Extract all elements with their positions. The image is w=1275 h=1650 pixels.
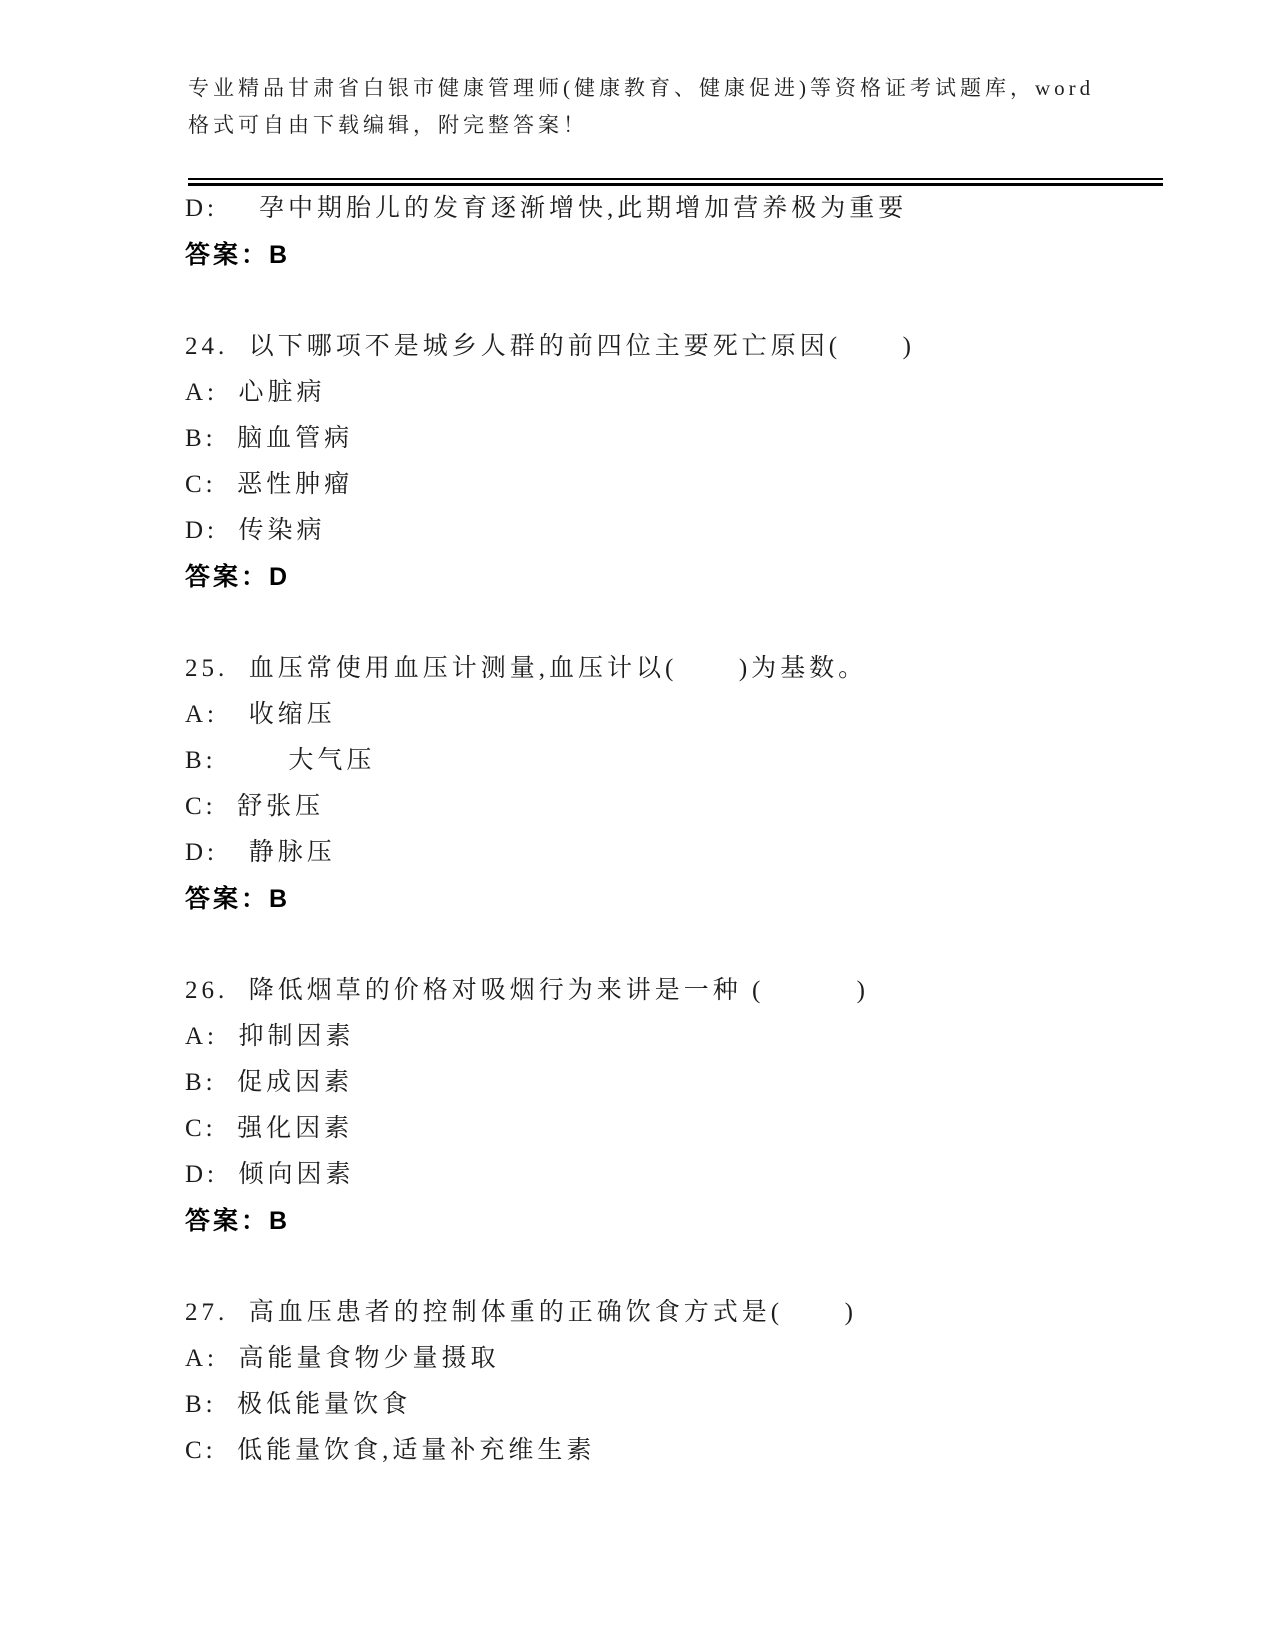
option-24-b: B: 脑血管病 — [185, 416, 1275, 462]
option-27-b: B: 极低能量饮食 — [185, 1382, 1275, 1428]
document-content: D: 孕中期胎儿的发育逐渐增快,此期增加营养极为重要 答案：B 24. 以下哪项… — [0, 186, 1275, 1474]
question-24: 24. 以下哪项不是城乡人群的前四位主要死亡原因( ) — [185, 324, 1275, 370]
answer-24: 答案：D — [185, 554, 1275, 600]
answer-23: 答案：B — [185, 232, 1275, 278]
document-page: 专业精品甘肃省白银市健康管理师(健康教育、健康促进)等资格证考试题库，word … — [0, 0, 1275, 1650]
header-divider — [188, 178, 1163, 186]
option-26-a: A: 抑制因素 — [185, 1014, 1275, 1060]
question-27: 27. 高血压患者的控制体重的正确饮食方式是( ) — [185, 1290, 1275, 1336]
option-23-d: D: 孕中期胎儿的发育逐渐增快,此期增加营养极为重要 — [185, 186, 1275, 232]
option-27-a: A: 高能量食物少量摄取 — [185, 1336, 1275, 1382]
option-25-a: A: 收缩压 — [185, 692, 1275, 738]
question-26: 26. 降低烟草的价格对吸烟行为来讲是一种 ( ) — [185, 968, 1275, 1014]
option-26-d: D: 倾向因素 — [185, 1152, 1275, 1198]
option-26-c: C: 强化因素 — [185, 1106, 1275, 1152]
option-24-d: D: 传染病 — [185, 508, 1275, 554]
answer-25: 答案：B — [185, 876, 1275, 922]
header-note-line2: 格式可自由下载编辑，附完整答案！ — [188, 107, 1275, 144]
page-header: 专业精品甘肃省白银市健康管理师(健康教育、健康促进)等资格证考试题库，word … — [0, 0, 1275, 144]
option-25-d: D: 静脉压 — [185, 830, 1275, 876]
question-25: 25. 血压常使用血压计测量,血压计以( )为基数。 — [185, 646, 1275, 692]
option-24-c: C: 恶性肿瘤 — [185, 462, 1275, 508]
option-26-b: B: 促成因素 — [185, 1060, 1275, 1106]
option-27-c: C: 低能量饮食,适量补充维生素 — [185, 1428, 1275, 1474]
answer-26: 答案：B — [185, 1198, 1275, 1244]
option-25-b: B: 大气压 — [185, 738, 1275, 784]
header-note-line1: 专业精品甘肃省白银市健康管理师(健康教育、健康促进)等资格证考试题库，word — [188, 70, 1275, 107]
option-24-a: A: 心脏病 — [185, 370, 1275, 416]
option-25-c: C: 舒张压 — [185, 784, 1275, 830]
